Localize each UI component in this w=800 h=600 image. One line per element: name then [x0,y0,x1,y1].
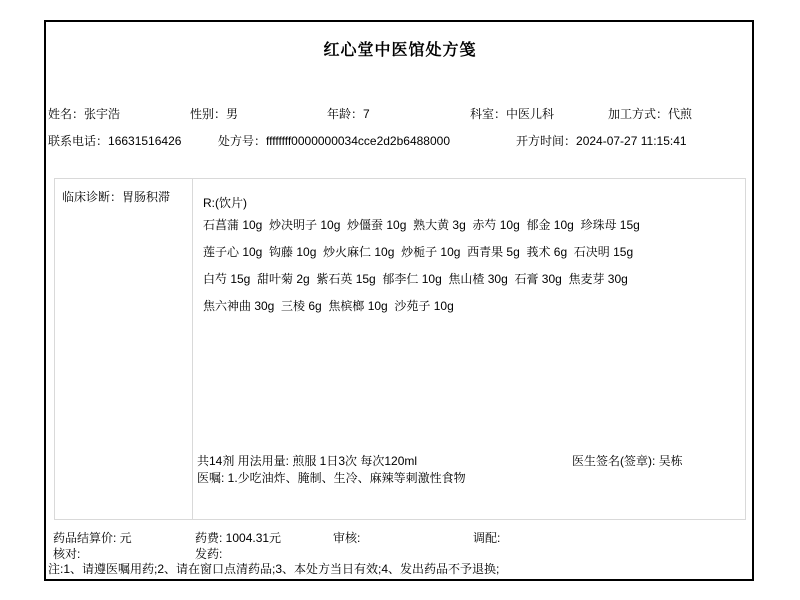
processing-method-label: 加工方式： [608,107,668,121]
fee-field: 药费: 1004.31元 [195,531,281,545]
doctor-signature: 医生签名(签章): 吴栋 [572,454,683,468]
patient-gender-label: 性别： [190,107,226,121]
processing-method-value: 代煎 [668,107,692,121]
medical-advice-line: 医嘱: 1.少吃油炸、腌制、生冷、麻辣等刺激性食物 [197,471,466,485]
settlement-price-field: 药品结算价: 元 [53,531,132,545]
department-label: 科室： [470,107,506,121]
herb-line: 石菖蒲 10g 炒决明子 10g 炒僵蚕 10g 熟大黄 3g 赤芍 10g 郁… [203,212,733,239]
review-field: 审核: [333,531,360,545]
rx-number-label: 处方号： [218,134,266,148]
patient-name-value: 张宇浩 [84,107,120,121]
settlement-price-unit: 元 [120,531,132,545]
notes-line: 注:1、请遵医嘱用药;2、请在窗口点清药品;3、本处方当日有效;4、发出药品不予… [48,562,499,576]
patient-age-field: 年龄：7 [327,107,370,121]
rx-number-value: ffffffff0000000034cce2d2b6488000 [266,134,450,148]
phone-label: 联系电话： [48,134,108,148]
doctor-signature-name: 吴栋 [659,454,683,468]
issue-time-label: 开方时间： [516,134,576,148]
usage-line: 共14剂 用法用量: 煎服 1日3次 每次120ml [197,454,417,468]
patient-gender-field: 性别：男 [190,107,238,121]
settlement-price-label: 药品结算价: [53,531,120,545]
patient-name-field: 姓名：张宇浩 [48,107,120,121]
clinical-diagnosis-field: 临床诊断：胃肠积滞 [62,190,170,204]
doctor-signature-label: 医生签名(签章): [572,454,659,468]
rx-header: R:(饮片) [203,196,247,210]
fee-label: 药费: [195,531,226,545]
prescription-box-divider [192,178,193,520]
page-title: 红心堂中医馆处方笺 [0,37,800,60]
issue-time-value: 2024-07-27 11:15:41 [576,134,687,148]
herb-lines: 石菖蒲 10g 炒决明子 10g 炒僵蚕 10g 熟大黄 3g 赤芍 10g 郁… [203,212,733,320]
herb-line: 莲子心 10g 钩藤 10g 炒火麻仁 10g 炒栀子 10g 西青果 5g 莪… [203,239,733,266]
herb-line: 白芍 15g 甜叶菊 2g 紫石英 15g 郁李仁 10g 焦山楂 30g 石膏… [203,266,733,293]
phone-field: 联系电话：16631516426 [48,134,181,148]
dispense-field: 发药: [195,547,222,561]
clinical-diagnosis-label: 临床诊断： [62,190,122,204]
fee-value: 1004.31元 [226,531,281,545]
patient-age-label: 年龄： [327,107,363,121]
clinical-diagnosis-value: 胃肠积滞 [122,190,170,204]
patient-age-value: 7 [363,107,370,121]
patient-gender-value: 男 [226,107,238,121]
phone-value: 16631516426 [108,134,181,148]
compound-field: 调配: [473,531,500,545]
prescription-page: 红心堂中医馆处方笺 姓名：张宇浩 性别：男 年龄：7 科室：中医儿科 加工方式：… [0,0,800,600]
issue-time-field: 开方时间：2024-07-27 11:15:41 [516,134,687,148]
department-value: 中医儿科 [506,107,554,121]
rx-number-field: 处方号：ffffffff0000000034cce2d2b6488000 [218,134,450,148]
processing-method-field: 加工方式：代煎 [608,107,692,121]
herb-line: 焦六神曲 30g 三棱 6g 焦槟榔 10g 沙苑子 10g [203,293,733,320]
department-field: 科室：中医儿科 [470,107,554,121]
check-field: 核对: [53,547,80,561]
patient-name-label: 姓名： [48,107,84,121]
